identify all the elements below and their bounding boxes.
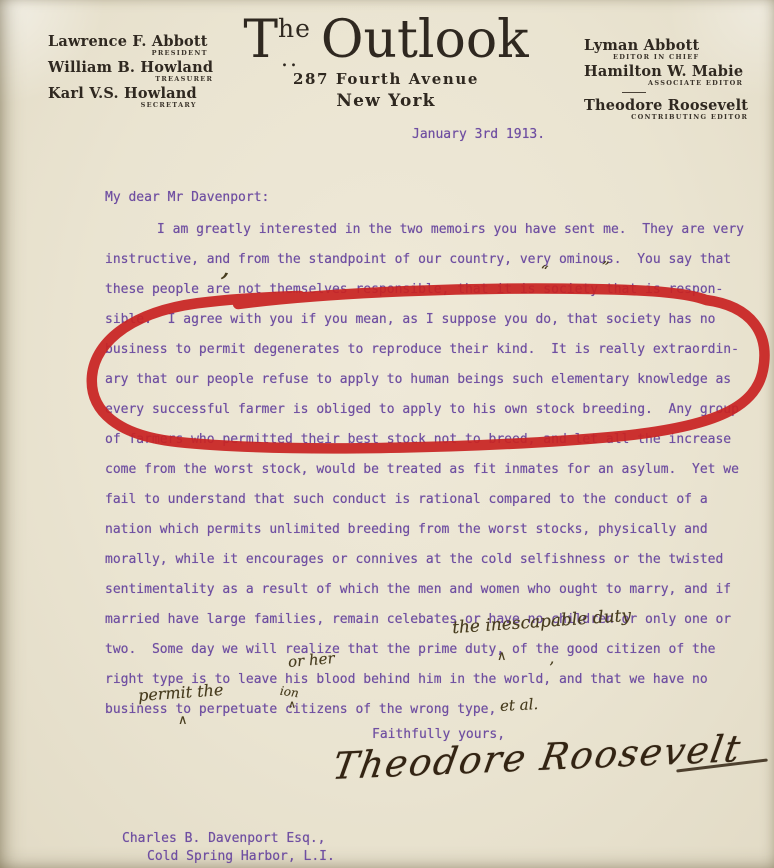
street-address: 287 Fourth Avenue — [226, 70, 546, 88]
body-line: ary that our people refuse to apply to h… — [105, 372, 731, 387]
letterhead-masthead: The..Outlook 287 Fourth Avenue New York — [226, 14, 546, 111]
et-al-note: et al. — [500, 695, 539, 715]
body-line: sible. I agree with you if you mean, as … — [105, 312, 715, 327]
body-line: instructive, and from the standpoint of … — [105, 252, 731, 267]
salutation: My dear Mr Davenport: — [105, 190, 269, 205]
title-superscript: he — [278, 14, 311, 43]
body-line: married have large families, remain cele… — [105, 612, 731, 627]
body-line: nation which permits unlimited breeding … — [105, 522, 708, 537]
person-name: Hamilton W. Mabie — [584, 64, 743, 79]
or-her-insertion: or her — [287, 649, 335, 671]
body-line: of farmers who permitted their best stoc… — [105, 432, 731, 447]
letterhead-entry: William B. HowlandTREASURER — [48, 60, 213, 83]
person-role: EDITOR IN CHIEF — [584, 54, 699, 61]
letter-page: Lawrence F. AbbottPRESIDENTWilliam B. Ho… — [0, 0, 774, 868]
publication-title: The..Outlook — [226, 14, 546, 66]
person-role: TREASURER — [48, 76, 213, 83]
inescapable-duty-insertion: the inescapable duty — [452, 606, 632, 638]
title-abbreviation-dots: .. — [281, 56, 299, 64]
caret-after-duty: ∧ — [497, 649, 507, 664]
title-word: Outlook — [321, 10, 529, 70]
body-line: every successful farmer is obliged to ap… — [105, 402, 739, 417]
city-line: New York — [226, 91, 546, 111]
person-name: Lyman Abbott — [584, 38, 699, 53]
person-name: Theodore Roosevelt — [584, 98, 748, 113]
addressee-name: Charles B. Davenport Esq., — [122, 831, 326, 846]
body-line: these people are not themselves responsi… — [105, 282, 723, 297]
body-line: sentimentality as a result of which the … — [105, 582, 731, 597]
addressee-address: Cold Spring Harbor, L.I. — [147, 849, 335, 864]
person-name: William B. Howland — [48, 60, 213, 75]
body-line: morally, while it encourages or connives… — [105, 552, 723, 567]
person-role: CONTRIBUTING EDITOR — [584, 114, 748, 121]
letterhead-entry: Lawrence F. AbbottPRESIDENT — [48, 34, 208, 57]
person-name: Lawrence F. Abbott — [48, 34, 208, 49]
caret-under-to: ∧ — [178, 713, 188, 728]
world-apostrophe: ’ — [549, 658, 554, 677]
person-role: SECRETARY — [48, 102, 197, 109]
person-role: PRESIDENT — [48, 50, 208, 57]
caret-citizens: ∧ — [288, 698, 296, 711]
letterhead-entry: Hamilton W. MabieASSOCIATE EDITOR — [584, 64, 743, 87]
person-role: ASSOCIATE EDITOR — [584, 80, 743, 87]
letterhead-entry: Theodore RooseveltCONTRIBUTING EDITOR — [584, 98, 748, 121]
body-line: come from the worst stock, would be trea… — [105, 462, 739, 477]
person-name: Karl V.S. Howland — [48, 86, 197, 101]
letterhead-editors: Lyman AbbottEDITOR IN CHIEFHamilton W. M… — [584, 38, 748, 124]
body-line: business to permit degenerates to reprod… — [105, 342, 739, 357]
body-line: business to perpetuate citizens of the w… — [105, 702, 496, 717]
letterhead-divider — [622, 92, 646, 93]
body-line: fail to understand that such conduct is … — [105, 492, 708, 507]
date-line: January 3rd 1913. — [412, 127, 545, 142]
body-line: two. Some day we will realize that the p… — [105, 642, 715, 657]
body-line: I am greatly interested in the two memoi… — [157, 222, 744, 237]
letterhead-officers: Lawrence F. AbbottPRESIDENTWilliam B. Ho… — [48, 34, 213, 112]
letterhead-entry: Karl V.S. HowlandSECRETARY — [48, 86, 197, 109]
letterhead-entry: Lyman AbbottEDITOR IN CHIEF — [584, 38, 699, 61]
title-initial: T — [243, 10, 278, 70]
